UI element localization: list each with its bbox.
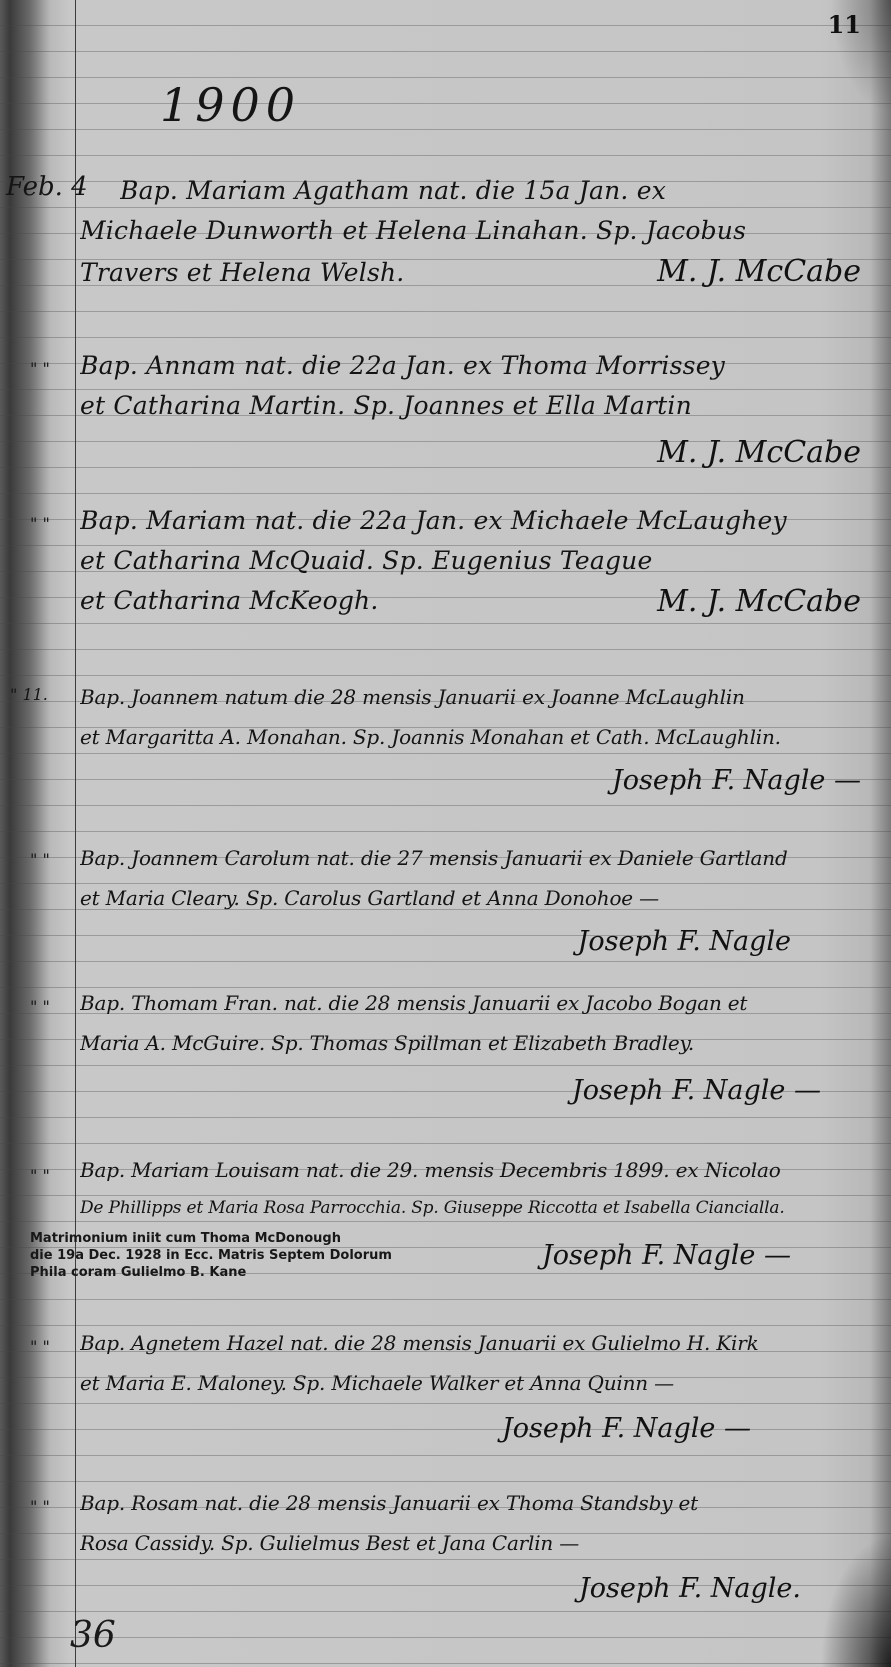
entry-line: Bap. Mariam Louisam nat. die 29. mensis … [80, 1158, 871, 1182]
priest-signature: Joseph F. Nagle [578, 926, 791, 957]
entry-date: Feb. 4 [6, 172, 72, 202]
register-page: 11 1900 Feb. 4 Bap. Mariam Agatham nat. … [0, 0, 891, 1667]
priest-signature: Joseph F. Nagle. [579, 1573, 801, 1604]
entry-line: Bap. Rosam nat. die 28 mensis Januarii e… [80, 1491, 871, 1515]
entry-line: et Catharina McQuaid. Sp. Eugenius Teagu… [80, 546, 871, 575]
folio-number: 36 [70, 1615, 116, 1656]
entry-date: " 11. [10, 685, 76, 704]
entry-line: Bap. Mariam nat. die 22a Jan. ex Michael… [80, 506, 871, 535]
entry-line: Michaele Dunworth et Helena Linahan. Sp.… [80, 216, 871, 245]
priest-signature: Joseph F. Nagle — [612, 765, 861, 796]
priest-signature: Joseph F. Nagle — [542, 1240, 791, 1271]
marginal-annotation: Matrimonium iniit cum Thoma McDonough di… [30, 1230, 392, 1281]
entry-line: et Maria E. Maloney. Sp. Michaele Walker… [80, 1371, 871, 1395]
entry-line: Bap. Joannem Carolum nat. die 27 mensis … [80, 846, 871, 870]
entry-line: et Margaritta A. Monahan. Sp. Joannis Mo… [80, 725, 871, 749]
annotation-line: Matrimonium iniit cum Thoma McDonough [30, 1230, 392, 1247]
priest-signature: M. J. McCabe [657, 254, 861, 289]
entry-line: Bap. Joannem natum die 28 mensis Januari… [80, 685, 871, 709]
priest-signature: M. J. McCabe [657, 435, 861, 470]
entry-line: et Maria Cleary. Sp. Carolus Gartland et… [80, 886, 871, 910]
margin-rule [75, 0, 76, 1667]
priest-signature: M. J. McCabe [657, 584, 861, 619]
annotation-line: die 19a Dec. 1928 in Ecc. Matris Septem … [30, 1247, 392, 1264]
entry-line: Rosa Cassidy. Sp. Gulielmus Best et Jana… [80, 1531, 871, 1555]
entry-line: Bap. Thomam Fran. nat. die 28 mensis Jan… [80, 991, 871, 1015]
priest-signature: Joseph F. Nagle — [502, 1413, 751, 1444]
entry-line: Bap. Agnetem Hazel nat. die 28 mensis Ja… [80, 1331, 871, 1355]
year-heading: 1900 [160, 78, 301, 132]
entry-line: et Catharina Martin. Sp. Joannes et Ella… [80, 391, 871, 420]
entry-line: Bap. Mariam Agatham nat. die 15a Jan. ex [120, 176, 871, 205]
entry-line: Maria A. McGuire. Sp. Thomas Spillman et… [80, 1031, 871, 1055]
entry-line: Bap. Annam nat. die 22a Jan. ex Thoma Mo… [80, 351, 871, 380]
annotation-line: Phila coram Gulielmo B. Kane [30, 1264, 392, 1281]
priest-signature: Joseph F. Nagle — [572, 1075, 821, 1106]
page-number: 11 [828, 10, 861, 39]
scan-shadow [0, 0, 891, 1667]
entry-line: De Phillipps et Maria Rosa Parrocchia. S… [80, 1198, 871, 1218]
